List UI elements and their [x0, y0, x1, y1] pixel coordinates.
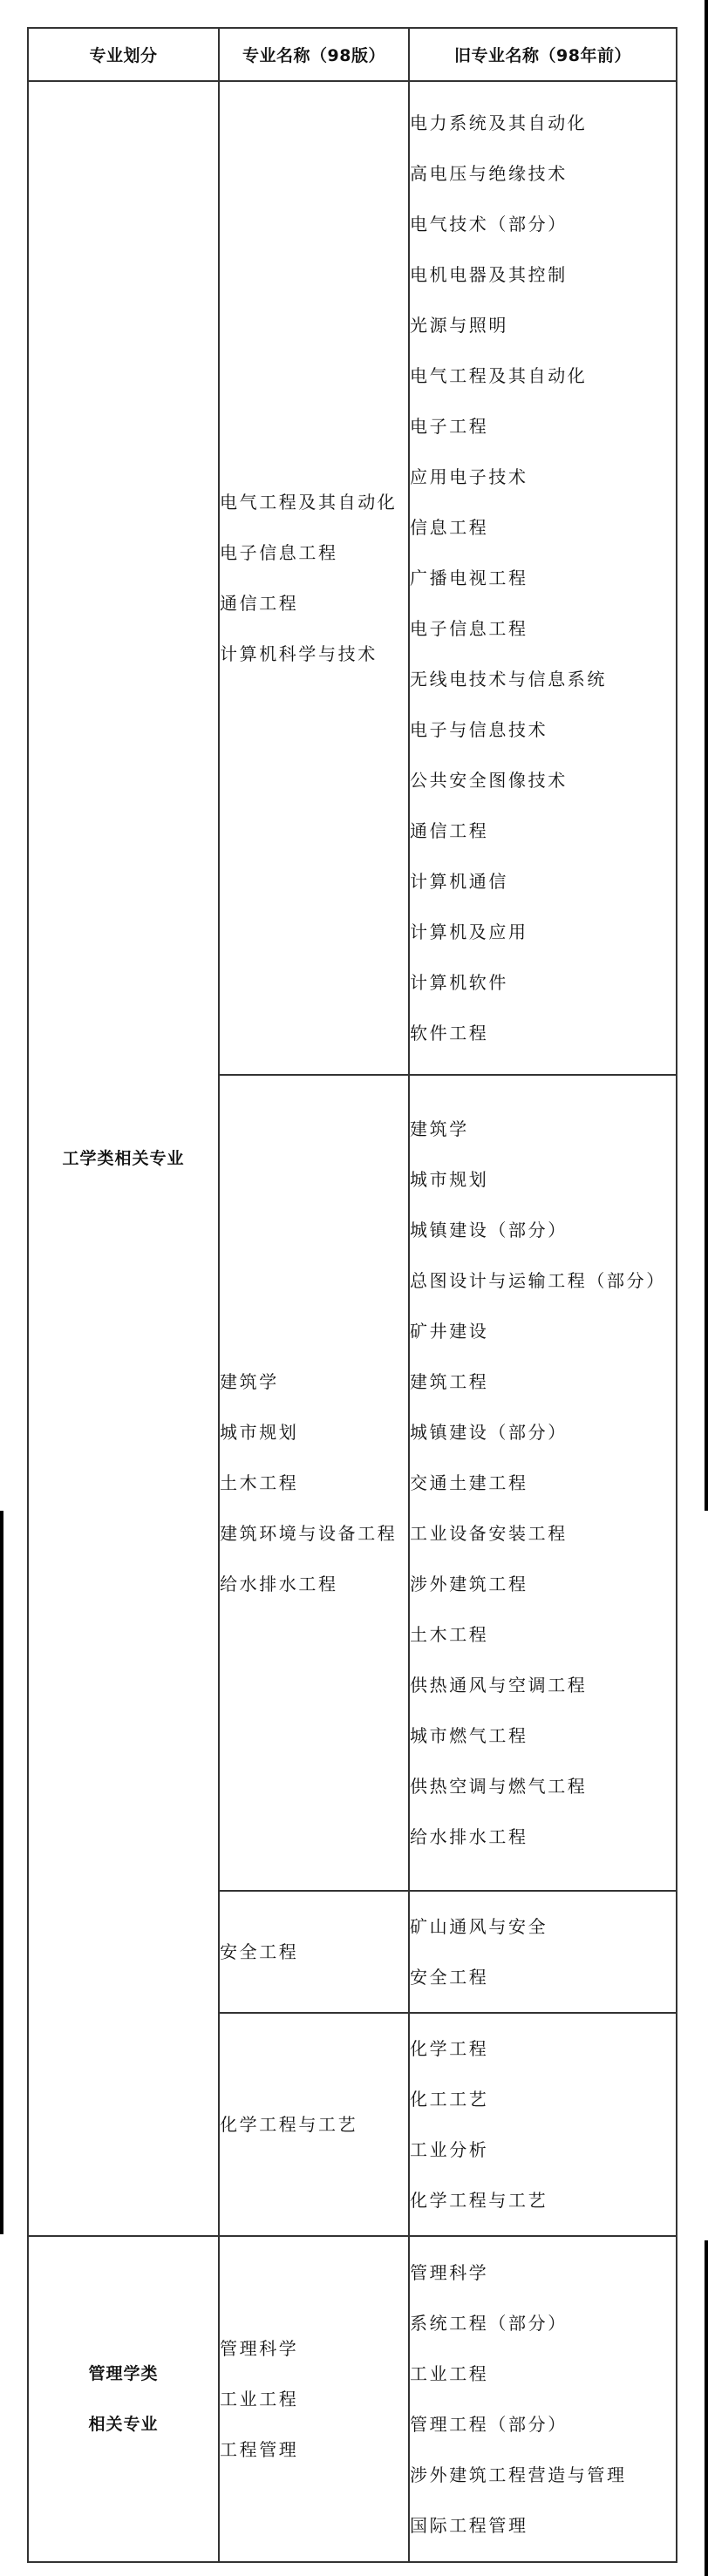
old-major: 建筑学 — [410, 1104, 676, 1154]
new-major: 计算机科学与技术 — [220, 629, 408, 679]
new-majors-cell: 化学工程与工艺 — [219, 2013, 409, 2236]
old-major: 软件工程 — [410, 1008, 676, 1058]
right-edge-bar-bottom — [705, 2240, 708, 2576]
old-major: 国际工程管理 — [410, 2500, 676, 2551]
old-major: 高电压与绝缘技术 — [410, 148, 676, 199]
old-major: 计算机及应用 — [410, 907, 676, 957]
old-major: 信息工程 — [410, 502, 676, 553]
old-majors-cell: 管理科学 系统工程（部分） 工业工程 管理工程（部分） 涉外建筑工程营造与管理 … — [409, 2236, 677, 2562]
new-major: 建筑学 — [220, 1356, 408, 1407]
right-edge-bar-top — [705, 0, 708, 1511]
table-row: 工学类相关专业 电气工程及其自动化 电子信息工程 通信工程 计算机科学与技术 电… — [28, 81, 677, 1075]
old-major: 电气工程及其自动化 — [410, 350, 676, 401]
old-major: 城镇建设（部分） — [410, 1205, 676, 1255]
old-major: 管理科学 — [410, 2247, 676, 2298]
new-major: 城市规划 — [220, 1407, 408, 1458]
old-major: 涉外建筑工程 — [410, 1559, 676, 1609]
old-major: 计算机软件 — [410, 957, 676, 1008]
old-major: 涉外建筑工程营造与管理 — [410, 2450, 676, 2500]
old-major: 城镇建设（部分） — [410, 1407, 676, 1458]
new-majors-cell: 安全工程 — [219, 1891, 409, 2013]
old-major: 供热通风与空调工程 — [410, 1660, 676, 1710]
old-major: 公共安全图像技术 — [410, 755, 676, 805]
header-old-major: 旧专业名称（98年前） — [409, 28, 677, 81]
new-major: 土木工程 — [220, 1458, 408, 1508]
new-major: 安全工程 — [220, 1927, 408, 1977]
old-major: 电子与信息技术 — [410, 704, 676, 755]
old-major: 建筑工程 — [410, 1356, 676, 1407]
old-major: 交通土建工程 — [410, 1458, 676, 1508]
new-major: 电气工程及其自动化 — [220, 477, 408, 527]
old-major: 电子信息工程 — [410, 603, 676, 654]
old-major: 工业工程 — [410, 2348, 676, 2399]
old-major: 工业分析 — [410, 2124, 676, 2175]
new-major: 给水排水工程 — [220, 1559, 408, 1609]
new-majors-cell: 管理科学 工业工程 工程管理 — [219, 2236, 409, 2562]
major-mapping-table: 专业划分 专业名称（98版） 旧专业名称（98年前） 工学类相关专业 电气工程及… — [27, 27, 677, 2563]
old-major: 电气技术（部分） — [410, 199, 676, 249]
old-majors-cell: 矿山通风与安全 安全工程 — [409, 1891, 677, 2013]
category-label: 工学类相关专业 — [29, 1133, 218, 1184]
old-major: 系统工程（部分） — [410, 2298, 676, 2348]
old-major: 电机电器及其控制 — [410, 249, 676, 300]
new-major: 电子信息工程 — [220, 527, 408, 578]
new-major: 化学工程与工艺 — [220, 2099, 408, 2150]
left-edge-bar — [0, 1511, 3, 2234]
old-major: 城市燃气工程 — [410, 1710, 676, 1761]
category-label-line: 相关专业 — [29, 2399, 218, 2450]
old-major: 应用电子技术 — [410, 452, 676, 502]
old-major: 土木工程 — [410, 1609, 676, 1660]
header-row: 专业划分 专业名称（98版） 旧专业名称（98年前） — [28, 28, 677, 81]
old-major: 安全工程 — [410, 1952, 676, 2002]
old-major: 矿井建设 — [410, 1306, 676, 1356]
new-major: 工程管理 — [220, 2424, 408, 2475]
old-major: 通信工程 — [410, 805, 676, 856]
new-majors-cell: 建筑学 城市规划 土木工程 建筑环境与设备工程 给水排水工程 — [219, 1075, 409, 1891]
old-major: 化学工程 — [410, 2023, 676, 2074]
category-cell-management: 管理学类 相关专业 — [28, 2236, 219, 2562]
old-major: 化工工艺 — [410, 2074, 676, 2124]
new-major: 建筑环境与设备工程 — [220, 1508, 408, 1559]
old-major: 光源与照明 — [410, 300, 676, 350]
old-majors-cell: 电力系统及其自动化 高电压与绝缘技术 电气技术（部分） 电机电器及其控制 光源与… — [409, 81, 677, 1075]
old-major: 无线电技术与信息系统 — [410, 654, 676, 704]
old-major: 工业设备安装工程 — [410, 1508, 676, 1559]
old-major: 矿山通风与安全 — [410, 1901, 676, 1952]
old-major: 管理工程（部分） — [410, 2399, 676, 2450]
new-majors-cell: 电气工程及其自动化 电子信息工程 通信工程 计算机科学与技术 — [219, 81, 409, 1075]
header-new-major: 专业名称（98版） — [219, 28, 409, 81]
header-category: 专业划分 — [28, 28, 219, 81]
old-major: 城市规划 — [410, 1154, 676, 1205]
old-majors-cell: 建筑学 城市规划 城镇建设（部分） 总图设计与运输工程（部分） 矿井建设 建筑工… — [409, 1075, 677, 1891]
new-major: 管理科学 — [220, 2323, 408, 2374]
new-major: 通信工程 — [220, 578, 408, 629]
old-major: 电子工程 — [410, 401, 676, 452]
category-label-line: 管理学类 — [29, 2348, 218, 2399]
old-majors-cell: 化学工程 化工工艺 工业分析 化学工程与工艺 — [409, 2013, 677, 2236]
old-major: 供热空调与燃气工程 — [410, 1761, 676, 1811]
old-major: 广播电视工程 — [410, 553, 676, 603]
new-major: 工业工程 — [220, 2374, 408, 2424]
table-row: 管理学类 相关专业 管理科学 工业工程 工程管理 管理科学 系统工程（部分） 工… — [28, 2236, 677, 2562]
old-major: 化学工程与工艺 — [410, 2175, 676, 2226]
old-major: 计算机通信 — [410, 856, 676, 907]
old-major: 给水排水工程 — [410, 1811, 676, 1862]
old-major: 电力系统及其自动化 — [410, 98, 676, 148]
old-major: 总图设计与运输工程（部分） — [410, 1255, 676, 1306]
category-cell-engineering: 工学类相关专业 — [28, 81, 219, 2236]
